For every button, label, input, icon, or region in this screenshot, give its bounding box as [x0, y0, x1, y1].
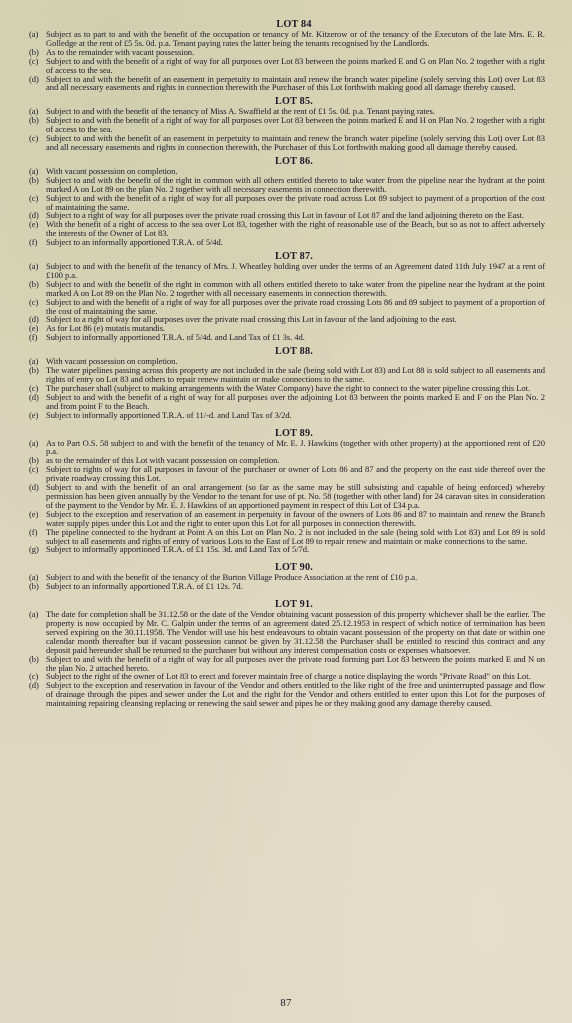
lot-91-section: LOT 91. (a)The date for completion shall…	[29, 599, 545, 708]
clause-text: Subject to and with the benefit of the r…	[46, 175, 545, 194]
clause-marker: (a)	[29, 30, 38, 39]
clause-marker: (b)	[29, 176, 39, 185]
clause-marker: (e)	[29, 510, 38, 519]
conditions-of-sale-text: LOT 84 (a)Subject as to part to and with…	[29, 19, 545, 708]
clause-text: As to Part O.S. 58 subject to and with t…	[46, 438, 545, 457]
clause-text: Subject to and with the benefit of an ea…	[46, 133, 545, 152]
clause-marker: (a)	[29, 439, 38, 448]
clause-marker: (a)	[29, 262, 38, 271]
clause-item: (c)Subject to and with the benefit of a …	[29, 298, 545, 316]
clause-marker: (d)	[29, 75, 39, 84]
clause-item: (c)Subject to rights of way for all purp…	[29, 465, 545, 483]
lot-87-section: LOT 87. (a)Subject to and with the benef…	[29, 251, 545, 342]
clause-item: (c)Subject to and with the benefit of an…	[29, 134, 545, 152]
clause-list: (a)The date for completion shall be 31.1…	[29, 610, 545, 708]
lot-90-section: LOT 90. (a)Subject to and with the benef…	[29, 562, 545, 591]
clause-list: (a)Subject as to part to and with the be…	[29, 30, 545, 92]
clause-marker: (f)	[29, 528, 37, 537]
clause-text: Subject to and with the benefit of a rig…	[46, 115, 545, 134]
clause-marker: (d)	[29, 681, 39, 690]
clause-item: (f)Subject to an informally apportioned …	[29, 238, 545, 247]
clause-list: (a)Subject to and with the benefit of th…	[29, 107, 545, 152]
document-page: LOT 84 (a)Subject as to part to and with…	[0, 0, 572, 1023]
clause-list: (a)Subject to and with the benefit of th…	[29, 262, 545, 342]
lot-86-section: LOT 86. (a)With vacant possession on com…	[29, 156, 545, 247]
clause-marker: (f)	[29, 238, 37, 247]
clause-marker: (g)	[29, 545, 39, 554]
clause-item: (a)Subject to and with the benefit of th…	[29, 262, 545, 280]
clause-list: (a)As to Part O.S. 58 subject to and wit…	[29, 439, 545, 555]
clause-item: (d)Subject to and with the benefit of an…	[29, 483, 545, 510]
clause-text: Subject to and with the benefit of the t…	[46, 261, 545, 280]
clause-marker: (e)	[29, 411, 38, 420]
clause-list: (a)With vacant possession on completion.…	[29, 167, 545, 247]
clause-item: (b)Subject to and with the benefit of a …	[29, 116, 545, 134]
clause-item: (d)Subject to the exception and reservat…	[29, 681, 545, 708]
clause-item: (e)Subject to informally apportioned T.R…	[29, 411, 545, 420]
spacer	[29, 420, 545, 428]
clause-marker: (c)	[29, 194, 38, 203]
clause-text: Subject to and with the benefit of a rig…	[46, 392, 545, 411]
clause-marker: (b)	[29, 655, 39, 664]
clause-item: (b)Subject to and with the benefit of th…	[29, 176, 545, 194]
clause-item: (b)Subject to and with the benefit of a …	[29, 655, 545, 673]
clause-item: (a)As to Part O.S. 58 subject to and wit…	[29, 439, 545, 457]
lot-85-section: LOT 85. (a)Subject to and with the benef…	[29, 96, 545, 152]
clause-text: Subject to informally apportioned T.R.A.…	[46, 544, 309, 554]
clause-marker: (a)	[29, 610, 38, 619]
clause-item: (a)The date for completion shall be 31.1…	[29, 610, 545, 655]
clause-text: Subject as to part to and with the benef…	[46, 29, 545, 48]
page-number: 87	[0, 997, 572, 1009]
clause-item: (d)Subject to and with the benefit of an…	[29, 75, 545, 93]
clause-text: Subject to and with the benefit of a rig…	[46, 56, 545, 75]
clause-text: The water pipelines passing across this …	[46, 365, 545, 384]
clause-item: (c)Subject to and with the benefit of a …	[29, 57, 545, 75]
clause-text: Subject to the exception and reservation…	[46, 509, 545, 528]
clause-item: (b)The water pipelines passing across th…	[29, 366, 545, 384]
clause-text: Subject to an informally apportioned T.R…	[46, 581, 243, 591]
spacer	[29, 591, 545, 599]
clause-item: (b)Subject to an informally apportioned …	[29, 582, 545, 591]
clause-marker: (b)	[29, 582, 39, 591]
clause-marker: (e)	[29, 220, 38, 229]
clause-item: (c)Subject to and with the benefit of a …	[29, 194, 545, 212]
clause-marker: (c)	[29, 465, 38, 474]
clause-marker: (d)	[29, 393, 39, 402]
clause-item: (a)Subject as to part to and with the be…	[29, 30, 545, 48]
clause-item: (b)Subject to and with the benefit of th…	[29, 280, 545, 298]
clause-marker: (c)	[29, 134, 38, 143]
clause-text: The pipeline connected to the hydrant at…	[46, 527, 545, 546]
clause-marker: (d)	[29, 483, 39, 492]
clause-marker: (c)	[29, 298, 38, 307]
clause-item: (d)Subject to and with the benefit of a …	[29, 393, 545, 411]
spacer	[29, 554, 545, 562]
clause-item: (e)With the benefit of a right of access…	[29, 220, 545, 238]
clause-text: Subject to and with the benefit of a rig…	[46, 297, 545, 316]
clause-item: (e)Subject to the exception and reservat…	[29, 510, 545, 528]
clause-text: Subject to and with the benefit of a rig…	[46, 654, 545, 673]
lot-88-section: LOT 88. (a)With vacant possession on com…	[29, 346, 545, 419]
clause-marker: (b)	[29, 116, 39, 125]
clause-text: Subject to the exception and reservation…	[46, 680, 545, 708]
clause-marker: (c)	[29, 57, 38, 66]
clause-text: With the benefit of a right of access to…	[46, 219, 545, 238]
clause-marker: (f)	[29, 333, 37, 342]
clause-text: Subject to and with the benefit of an or…	[46, 482, 545, 510]
lot-89-section: LOT 89. (a)As to Part O.S. 58 subject to…	[29, 428, 545, 555]
clause-marker: (b)	[29, 366, 39, 375]
clause-item: (f)The pipeline connected to the hydrant…	[29, 528, 545, 546]
clause-text: Subject to an informally apportioned T.R…	[46, 237, 223, 247]
clause-list: (a)Subject to and with the benefit of th…	[29, 573, 545, 591]
clause-item: (g)Subject to informally apportioned T.R…	[29, 545, 545, 554]
clause-text: Subject to rights of way for all purpose…	[46, 464, 545, 483]
clause-text: Subject to informally apportioned T.R.A.…	[46, 332, 305, 342]
clause-text: Subject to and with the benefit of an ea…	[46, 74, 545, 93]
clause-text: The date for completion shall be 31.12.5…	[46, 609, 545, 655]
clause-text: Subject to and with the benefit of a rig…	[46, 193, 545, 212]
clause-text: Subject to informally apportioned T.R.A.…	[46, 410, 292, 420]
lot-84-section: LOT 84 (a)Subject as to part to and with…	[29, 19, 545, 92]
clause-list: (a)With vacant possession on completion.…	[29, 357, 545, 419]
clause-marker: (b)	[29, 280, 39, 289]
clause-item: (f)Subject to informally apportioned T.R…	[29, 333, 545, 342]
clause-text: Subject to and with the benefit of the r…	[46, 279, 545, 298]
